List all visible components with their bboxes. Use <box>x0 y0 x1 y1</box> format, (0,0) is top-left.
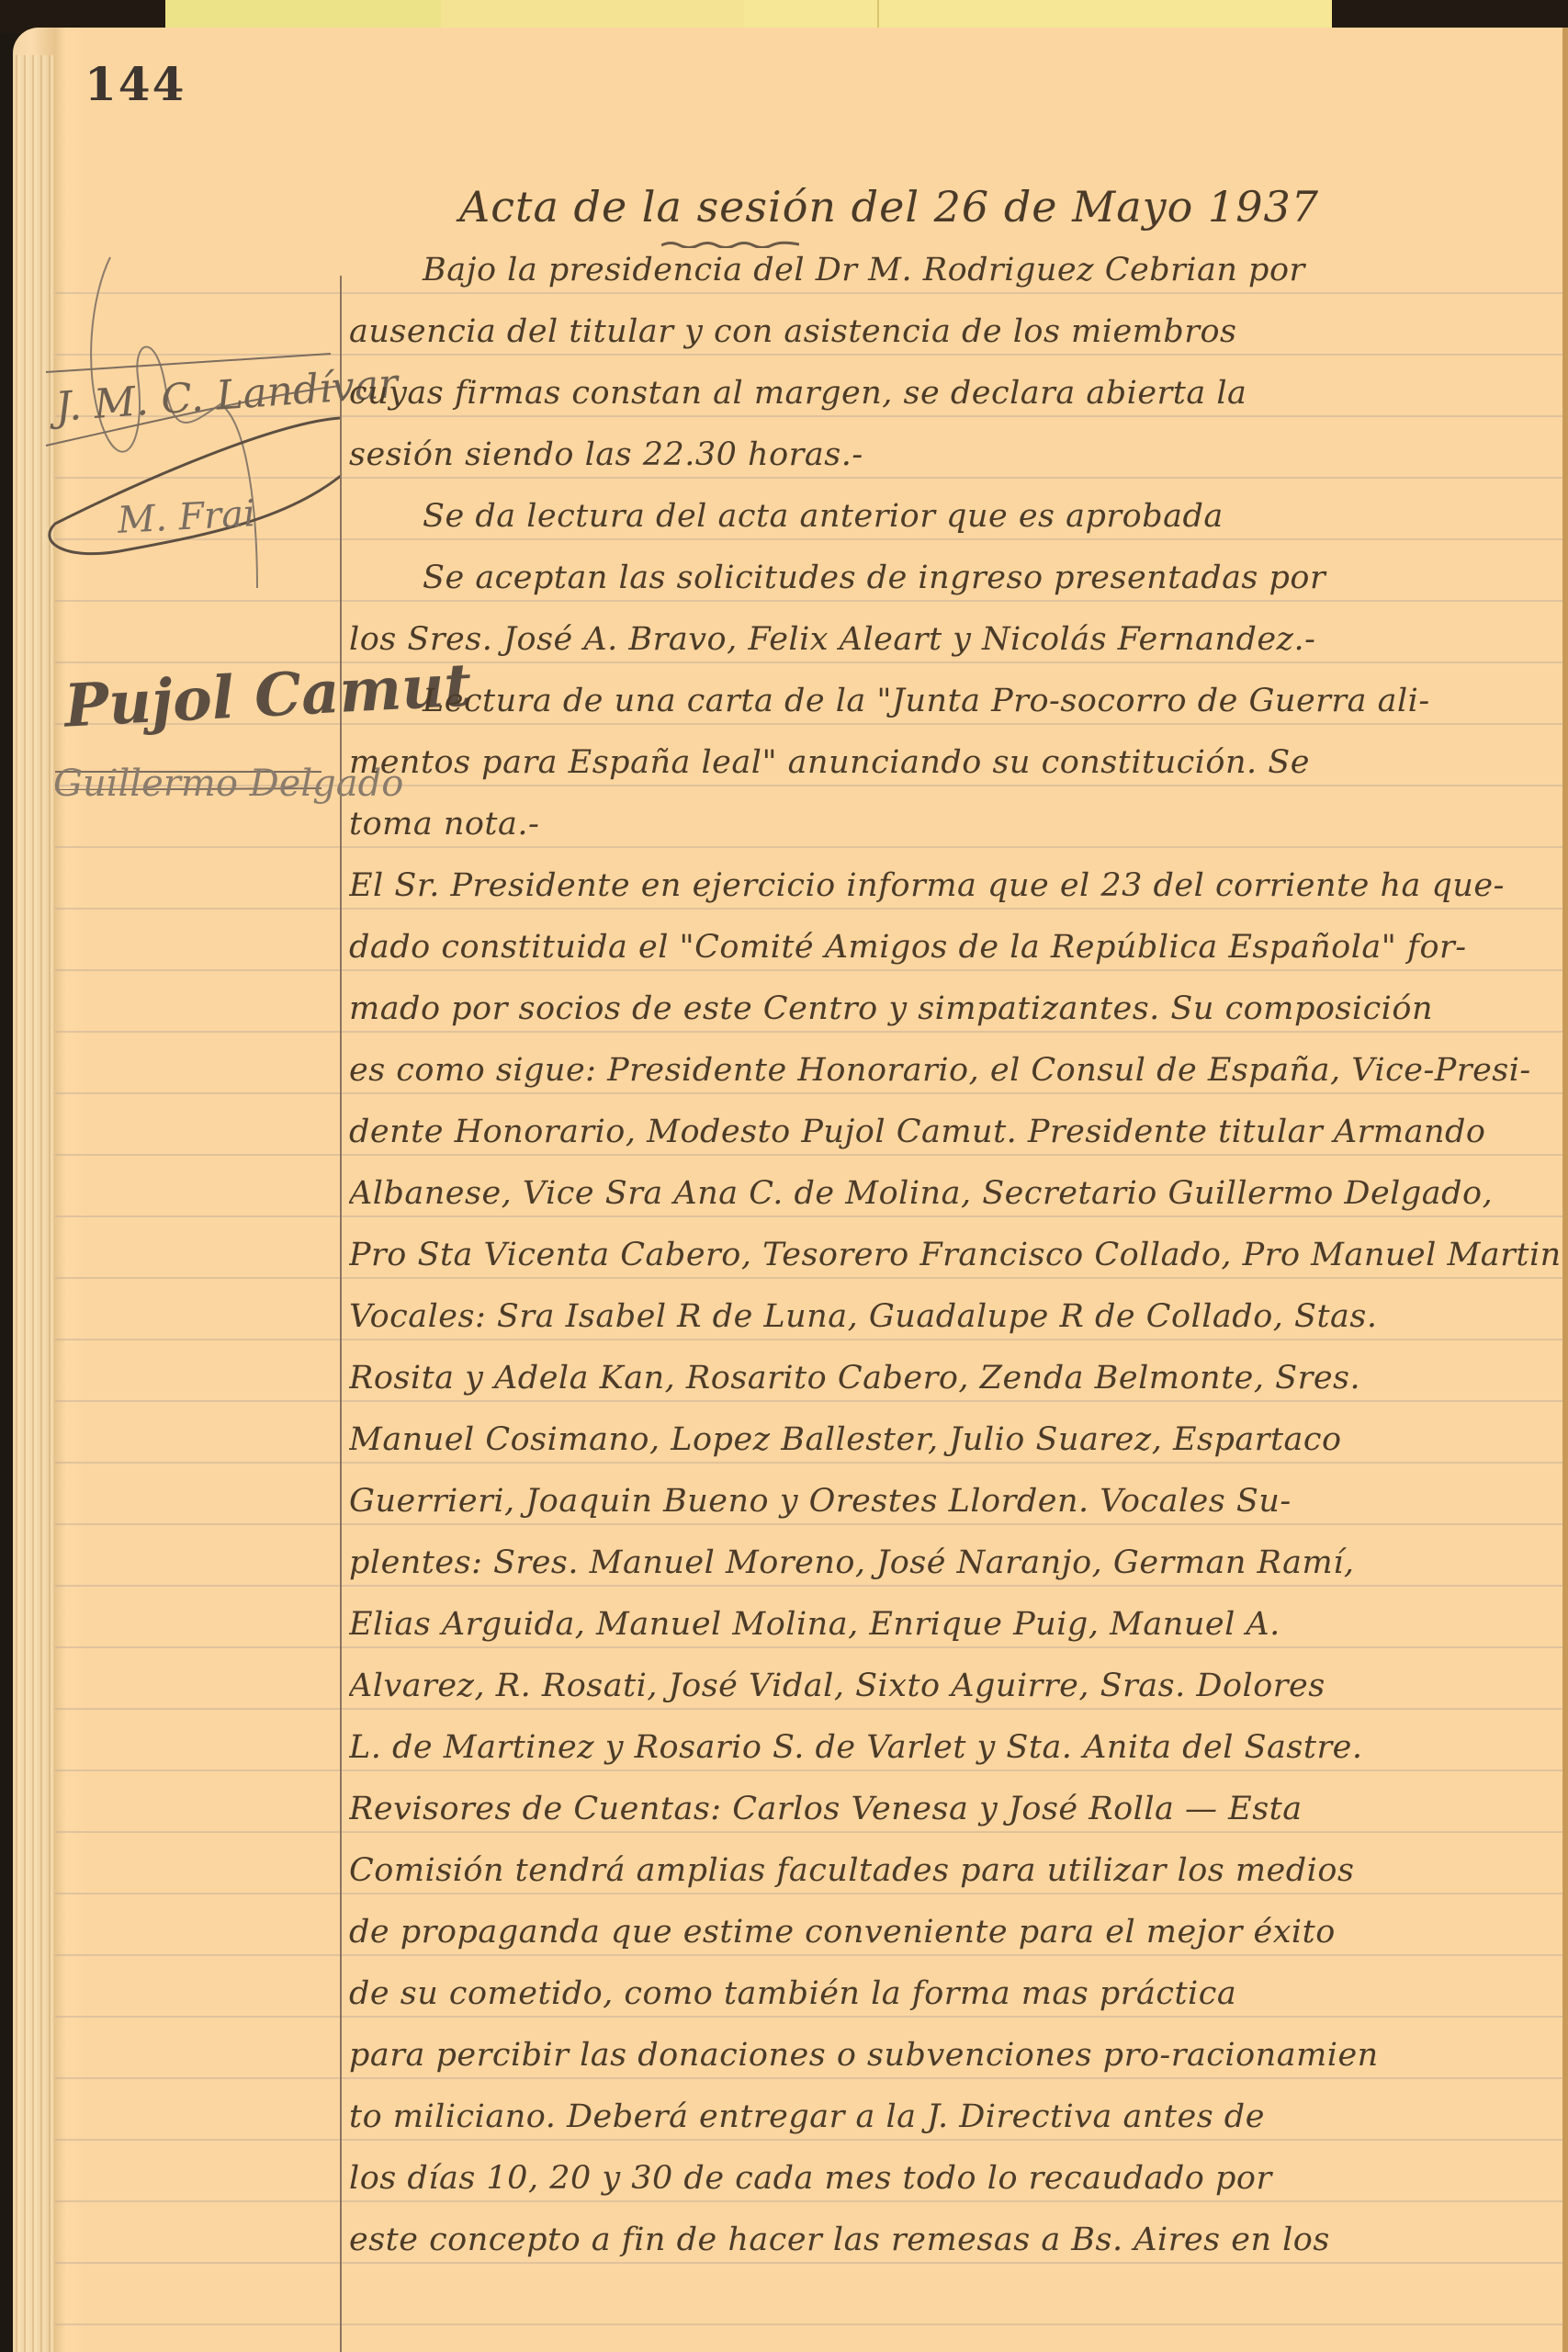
handwritten-line: Manuel Cosimano, Lopez Ballester, Julio … <box>349 1416 1562 1464</box>
handwritten-line: mado por socios de este Centro y simpati… <box>349 985 1562 1033</box>
handwritten-line: L. de Martinez y Rosario S. de Varlet y … <box>349 1724 1562 1771</box>
handwritten-line: Revisores de Cuentas: Carlos Venesa y Jo… <box>349 1785 1562 1833</box>
handwritten-line: Vocales: Sra Isabel R de Luna, Guadalupe… <box>349 1293 1562 1340</box>
handwritten-line: sesión siendo las 22.30 horas.- <box>349 431 1562 479</box>
sticky-tab <box>441 0 744 31</box>
handwritten-line: cuyas firmas constan al margen, se decla… <box>349 369 1562 417</box>
handwritten-line: es como sigue: Presidente Honorario, el … <box>349 1046 1562 1094</box>
handwritten-line: Guerrieri, Joaquin Bueno y Orestes Llord… <box>349 1477 1562 1525</box>
handwritten-line: to miliciano. Deberá entregar a la J. Di… <box>349 2093 1562 2141</box>
minutes-title: Acta de la sesión del 26 de Mayo 1937 <box>459 182 1378 232</box>
handwritten-line: Lectura de una carta de la "Junta Pro-so… <box>349 677 1562 725</box>
handwritten-line: Alvarez, R. Rosati, José Vidal, Sixto Ag… <box>349 1662 1562 1710</box>
margin-line <box>340 276 342 2352</box>
handwritten-line: este concepto a fin de hacer las remesas… <box>349 2216 1562 2264</box>
handwritten-line: ausencia del titular y con asistencia de… <box>349 308 1562 356</box>
handwritten-line: de su cometido, como también la forma ma… <box>349 1970 1562 2018</box>
sticky-tab <box>165 0 441 31</box>
ruled-line <box>55 2324 1562 2325</box>
handwritten-line: Rosita y Adela Kan, Rosarito Cabero, Zen… <box>349 1354 1562 1402</box>
page-right-edge <box>1562 28 1568 2352</box>
sticky-tab <box>744 0 1332 31</box>
page-number: 144 <box>85 57 186 111</box>
sticky-tab-crease <box>877 0 879 28</box>
handwritten-line: dente Honorario, Modesto Pujol Camut. Pr… <box>349 1108 1562 1156</box>
handwritten-line: Se aceptan las solicitudes de ingreso pr… <box>349 554 1562 602</box>
handwritten-line: plentes: Sres. Manuel Moreno, José Naran… <box>349 1539 1562 1587</box>
handwritten-line: los días 10, 20 y 30 de cada mes todo lo… <box>349 2154 1562 2202</box>
margin-signature: M. Frai <box>117 492 256 542</box>
handwritten-line: dado constituida el "Comité Amigos de la… <box>349 923 1562 971</box>
handwritten-line: Bajo la presidencia del Dr M. Rodriguez … <box>349 246 1562 294</box>
handwritten-line: para percibir las donaciones o subvencio… <box>349 2031 1562 2079</box>
handwritten-line: El Sr. Presidente en ejercicio informa q… <box>349 862 1562 910</box>
handwritten-line: Elias Arguida, Manuel Molina, Enrique Pu… <box>349 1600 1562 1648</box>
handwritten-line: Pro Sta Vicenta Cabero, Tesorero Francis… <box>349 1231 1562 1279</box>
handwritten-line: Albanese, Vice Sra Ana C. de Molina, Sec… <box>349 1170 1562 1217</box>
handwritten-line: los Sres. José A. Bravo, Felix Aleart y … <box>349 616 1562 663</box>
handwritten-line: mentos para España leal" anunciando su c… <box>349 739 1562 786</box>
handwritten-line: Se da lectura del acta anterior que es a… <box>349 492 1562 540</box>
handwritten-line: Comisión tendrá amplias facultades para … <box>349 1847 1562 1894</box>
handwritten-line: toma nota.- <box>349 800 1562 848</box>
handwritten-line: de propaganda que estime conveniente par… <box>349 1908 1562 1956</box>
